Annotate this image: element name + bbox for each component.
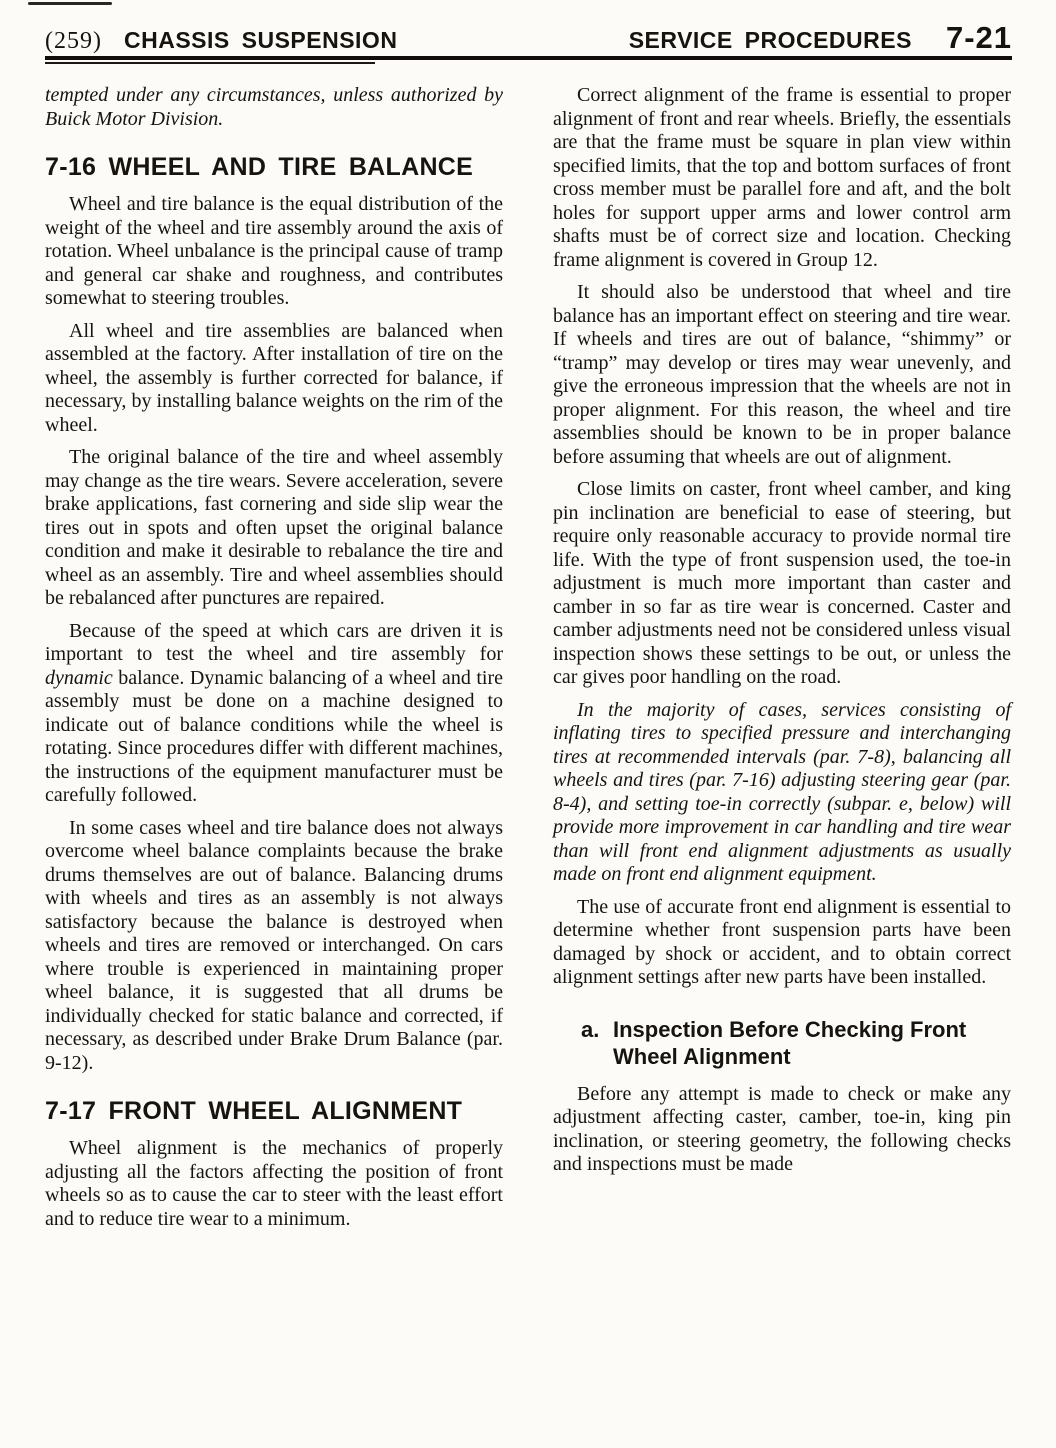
text-run: Before any attempt is made to check or m… [553, 1083, 1011, 1176]
text-run: balance. Dynamic balancing of a wheel an… [45, 667, 503, 807]
header-left-title: CHASSIS SUSPENSION [124, 27, 397, 54]
paragraph: All wheel and tire assemblies are balanc… [45, 320, 503, 438]
paragraph: In some cases wheel and tire balance doe… [45, 817, 503, 1076]
continued-paragraph: tempted under any circumstances, unless … [45, 84, 503, 131]
page-body: tempted under any circumstances, unless … [45, 84, 1011, 1240]
text-run: In the majority of cases, services consi… [553, 699, 1011, 886]
page-header: (259) CHASSIS SUSPENSION SERVICE PROCEDU… [45, 20, 1012, 56]
manual-page: (259) CHASSIS SUSPENSION SERVICE PROCEDU… [0, 0, 1056, 1448]
text-run: In some cases wheel and tire balance doe… [45, 817, 503, 1074]
section-heading: 7-16 WHEEL AND TIRE BALANCE [45, 153, 503, 182]
text-run: The use of accurate front end alignment … [553, 896, 1011, 989]
header-left-group: (259) CHASSIS SUSPENSION [45, 27, 397, 55]
text-run: Wheel and tire balance is the equal dist… [45, 193, 503, 309]
paragraph: Wheel and tire balance is the equal dist… [45, 193, 503, 311]
paragraph: The use of accurate front end alignment … [553, 896, 1011, 990]
header-right-group: SERVICE PROCEDURES 7-21 [629, 20, 1012, 56]
paragraph: It should also be understood that wheel … [553, 281, 1011, 469]
subsection-label: a. [581, 1016, 613, 1070]
paragraph: Before any attempt is made to check or m… [553, 1083, 1011, 1177]
header-rule-secondary [45, 62, 375, 64]
page-number: (259) [45, 28, 102, 55]
paragraph: Close limits on caster, front wheel camb… [553, 478, 1011, 690]
left-column: tempted under any circumstances, unless … [45, 84, 503, 1240]
header-right-title: SERVICE PROCEDURES [629, 27, 912, 54]
text-run: tempted under any circumstances, unless … [45, 84, 503, 130]
scan-artifact-line [28, 2, 112, 5]
right-column: Correct alignment of the frame is essent… [553, 84, 1011, 1240]
text-run: Wheel alignment is the mechanics of prop… [45, 1137, 503, 1230]
header-rule [45, 56, 1012, 60]
paragraph: Wheel alignment is the mechanics of prop… [45, 1137, 503, 1231]
paragraph: The original balance of the tire and whe… [45, 446, 503, 611]
section-heading: 7-17 FRONT WHEEL ALIGNMENT [45, 1097, 503, 1126]
paragraph: In the majority of cases, services consi… [553, 699, 1011, 887]
header-page-ref: 7-21 [946, 20, 1012, 56]
subsection-heading: a.Inspection Before Checking Front Wheel… [553, 1016, 1011, 1070]
paragraph: Correct alignment of the frame is essent… [553, 84, 1011, 272]
text-run: All wheel and tire assemblies are balanc… [45, 320, 503, 436]
text-run: Correct alignment of the frame is essent… [553, 84, 1011, 271]
paragraph: Because of the speed at which cars are d… [45, 620, 503, 808]
text-run: The original balance of the tire and whe… [45, 446, 503, 609]
text-run: It should also be understood that wheel … [553, 281, 1011, 468]
subsection-title: Inspection Before Checking Front Wheel A… [613, 1016, 1011, 1070]
text-run: Close limits on caster, front wheel camb… [553, 478, 1011, 688]
text-run: Because of the speed at which cars are d… [45, 620, 503, 666]
italic-term: dynamic [45, 667, 113, 689]
